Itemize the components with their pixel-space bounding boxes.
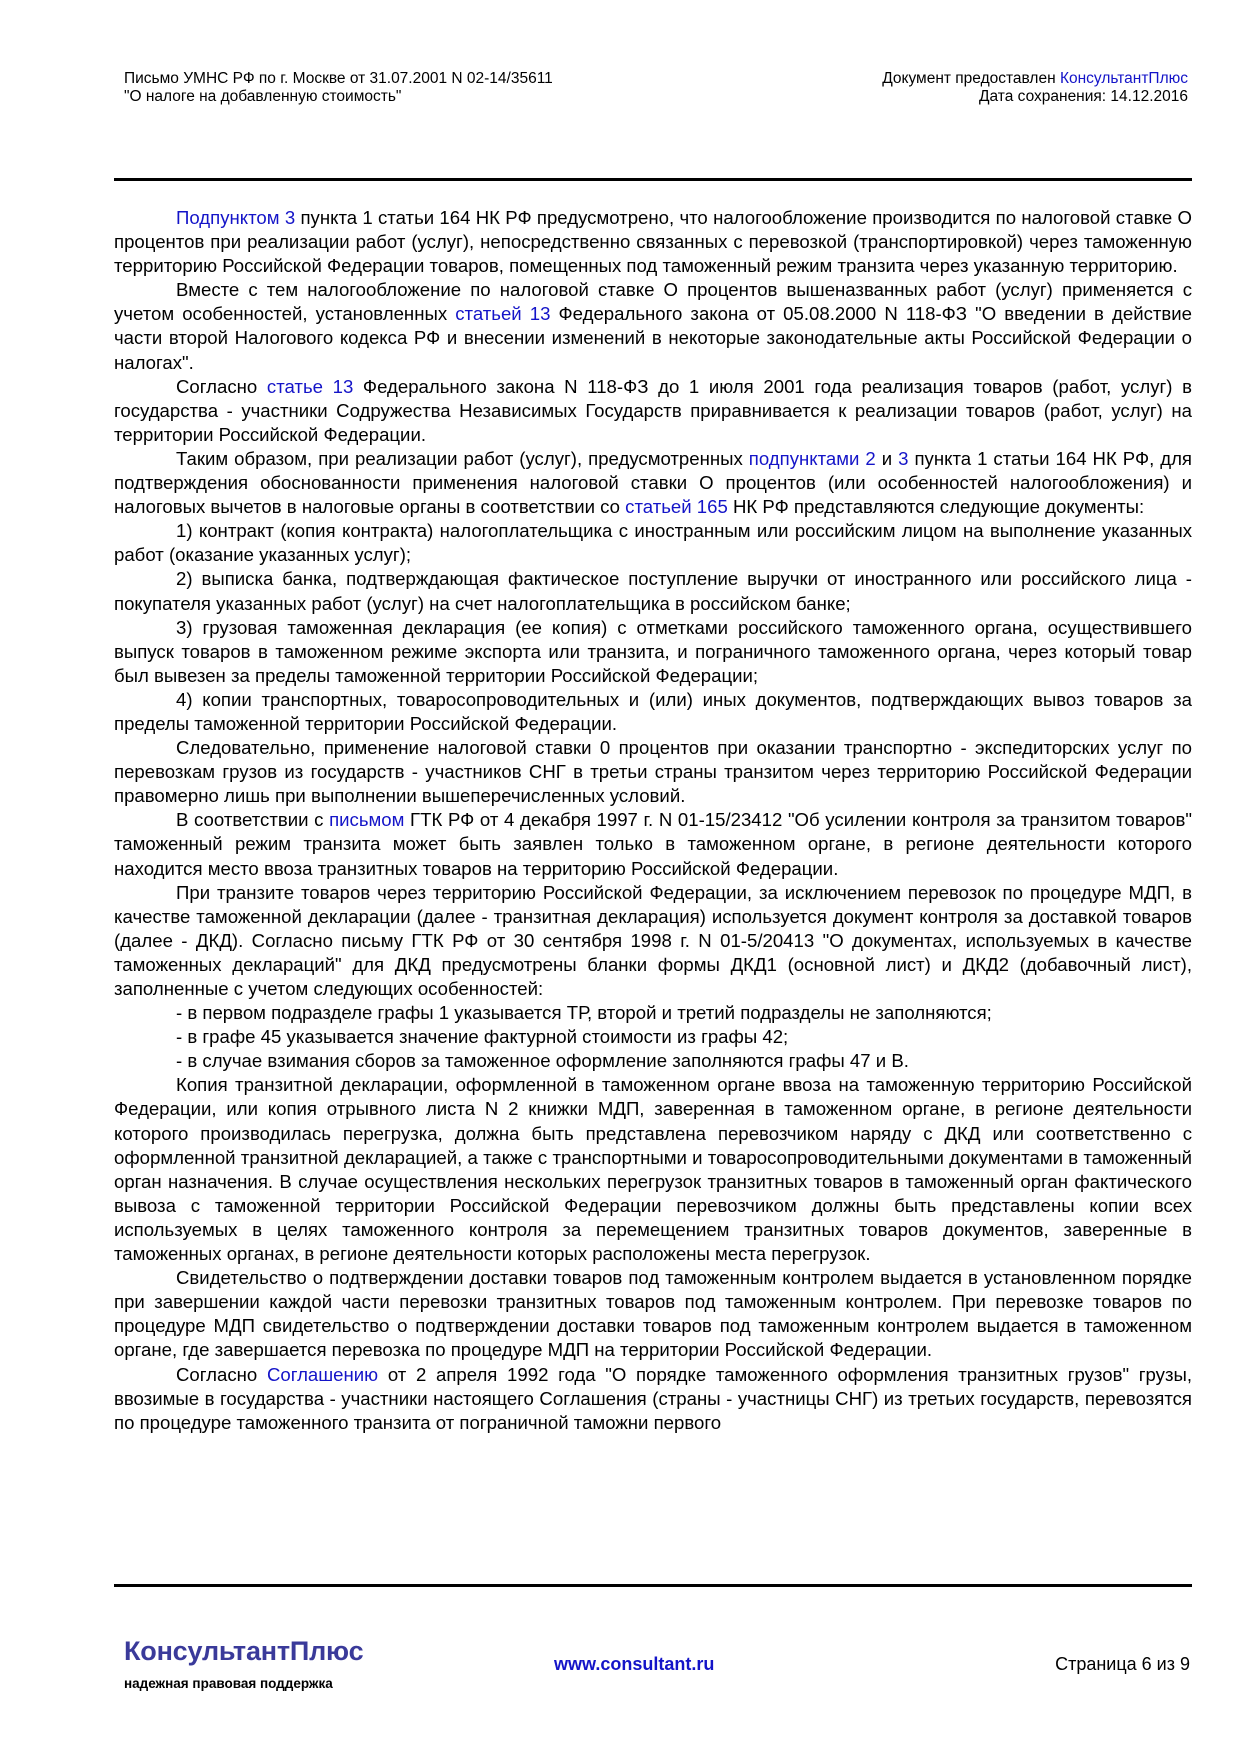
website-link[interactable]: www.consultant.ru — [554, 1654, 714, 1675]
header-divider — [114, 178, 1192, 181]
link-subparagraphs-2[interactable]: подпунктами 2 — [749, 448, 876, 469]
list-item: - в графе 45 указывается значение фактур… — [114, 1025, 1192, 1049]
document-provenance: Документ предоставлен КонсультантПлюс Да… — [882, 70, 1188, 106]
link-subparagraph-3[interactable]: Подпунктом 3 — [176, 207, 295, 228]
consultant-tagline: надежная правовая поддержка — [124, 1676, 333, 1691]
paragraph-text: Согласно — [176, 376, 267, 397]
paragraph-text: В соответствии с — [176, 809, 329, 830]
document-title-line1: Письмо УМНС РФ по г. Москве от 31.07.200… — [124, 70, 553, 88]
paragraph-text: Таким образом, при реализации работ (усл… — [176, 448, 749, 469]
paragraph-text: и — [876, 448, 898, 469]
paragraph-text: Согласно — [176, 1364, 267, 1385]
document-title: Письмо УМНС РФ по г. Москве от 31.07.200… — [124, 70, 553, 106]
list-item: 3) грузовая таможенная декларация (ее ко… — [114, 616, 1192, 688]
document-title-line2: "О налоге на добавленную стоимость" — [124, 88, 553, 106]
paragraph: Вместе с тем налогообложение по налогово… — [114, 278, 1192, 374]
page-number: Страница 6 из 9 — [1055, 1654, 1190, 1675]
paragraph-text: НК РФ представляются следующие документы… — [728, 496, 1144, 517]
paragraph: Следовательно, применение налоговой став… — [114, 736, 1192, 808]
consultant-logo: КонсультантПлюс — [124, 1636, 363, 1666]
link-article-13-b[interactable]: статье 13 — [267, 376, 353, 397]
list-item: - в первом подразделе графы 1 указываетс… — [114, 1001, 1192, 1025]
paragraph: При транзите товаров через территорию Ро… — [114, 881, 1192, 1001]
link-letter[interactable]: письмом — [329, 809, 404, 830]
provided-by-label: Документ предоставлен — [882, 70, 1060, 87]
paragraph: Таким образом, при реализации работ (усл… — [114, 447, 1192, 519]
link-article-13[interactable]: статьей 13 — [455, 303, 550, 324]
link-subparagraph-3-b[interactable]: 3 — [898, 448, 908, 469]
paragraph: В соответствии с письмом ГТК РФ от 4 дек… — [114, 808, 1192, 880]
list-item: 2) выписка банка, подтверждающая фактиче… — [114, 567, 1192, 615]
paragraph: Согласно статье 13 Федерального закона N… — [114, 375, 1192, 447]
link-article-165[interactable]: статьей 165 — [625, 496, 728, 517]
paragraph: Копия транзитной декларации, оформленной… — [114, 1073, 1192, 1266]
list-item: 4) копии транспортных, товаросопроводите… — [114, 688, 1192, 736]
link-agreement[interactable]: Соглашению — [267, 1364, 378, 1385]
consultant-brand-link[interactable]: КонсультантПлюс — [1060, 70, 1188, 87]
list-item: 1) контракт (копия контракта) налогоплат… — [114, 519, 1192, 567]
footer-divider — [114, 1584, 1192, 1587]
document-body: Подпунктом 3 пункта 1 статьи 164 НК РФ п… — [114, 206, 1192, 1435]
save-date: Дата сохранения: 14.12.2016 — [882, 88, 1188, 106]
paragraph: Свидетельство о подтверждении доставки т… — [114, 1266, 1192, 1362]
page-header: Письмо УМНС РФ по г. Москве от 31.07.200… — [124, 70, 1188, 110]
paragraph: Согласно Соглашению от 2 апреля 1992 год… — [114, 1363, 1192, 1435]
provided-by: Документ предоставлен КонсультантПлюс — [882, 70, 1188, 88]
paragraph: Подпунктом 3 пункта 1 статьи 164 НК РФ п… — [114, 206, 1192, 278]
list-item: - в случае взимания сборов за таможенное… — [114, 1049, 1192, 1073]
